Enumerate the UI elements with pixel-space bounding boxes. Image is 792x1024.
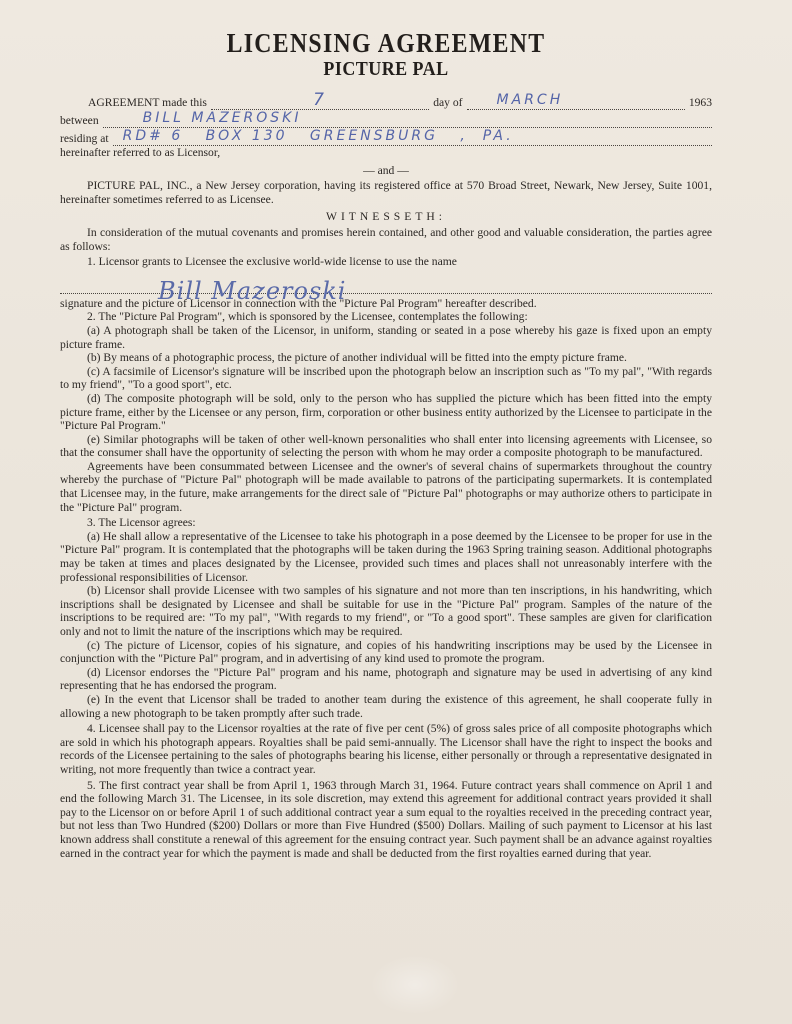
embossed-seal: [370, 955, 460, 1015]
consideration-paragraph: In consideration of the mutual covenants…: [60, 226, 712, 253]
clause-2-intro: 2. The "Picture Pal Program", which is s…: [60, 310, 712, 324]
clause-2-e: (e) Similar photographs will be taken of…: [60, 433, 712, 460]
licensee-paragraph: PICTURE PAL, INC., a New Jersey corporat…: [60, 179, 712, 206]
between-line: between BILL MAZEROSKI: [60, 110, 712, 128]
residing-line: residing at RD# 6 BOX 130 GREENSBURG , P…: [60, 128, 712, 146]
licensor-name-field: BILL MAZEROSKI: [103, 111, 712, 128]
signature-line: Bill Mazeroski: [60, 271, 712, 294]
address-value: RD# 6 BOX 130 GREENSBURG , PA.: [113, 130, 712, 144]
clause-3-d: (d) Licensor endorses the "Picture Pal" …: [60, 666, 712, 693]
agreements-paragraph: Agreements have been consummated between…: [60, 460, 712, 514]
document-page: LICENSING AGREEMENT PICTURE PAL AGREEMEN…: [0, 0, 792, 1024]
day-of-label: day of: [433, 96, 462, 110]
licensor-name-value: BILL MAZEROSKI: [103, 112, 712, 126]
clause-3-e: (e) In the event that Licensor shall be …: [60, 693, 712, 720]
licensor-reference: hereinafter referred to as Licensor,: [60, 146, 712, 160]
agreement-date-line: AGREEMENT made this 7 day of MARCH 1963: [60, 92, 712, 110]
clause-3-intro: 3. The Licensor agrees:: [60, 516, 712, 530]
clause-3-a: (a) He shall allow a representative of t…: [60, 530, 712, 584]
month-value: MARCH: [467, 94, 685, 108]
clause-3-c: (c) The picture of Licensor, copies of h…: [60, 639, 712, 666]
year-label: 1963: [689, 96, 712, 110]
residing-label: residing at: [60, 132, 109, 146]
agreement-body: LICENSING AGREEMENT PICTURE PAL AGREEMEN…: [60, 28, 712, 860]
clause-2-d: (d) The composite photograph will be sol…: [60, 392, 712, 433]
month-field: MARCH: [467, 93, 685, 110]
address-field: RD# 6 BOX 130 GREENSBURG , PA.: [113, 129, 712, 146]
document-subtitle: PICTURE PAL: [93, 58, 680, 80]
clause-5: 5. The first contract year shall be from…: [60, 779, 712, 861]
clause-1-intro: 1. Licensor grants to Licensee the exclu…: [60, 255, 712, 269]
clause-3-b: (b) Licensor shall provide Licensee with…: [60, 584, 712, 638]
day-value: 7: [211, 94, 429, 108]
document-title: LICENSING AGREEMENT: [99, 28, 673, 58]
day-field: 7: [211, 93, 429, 110]
handwritten-signature: Bill Mazeroski: [158, 285, 346, 299]
clause-2-a: (a) A photograph shall be taken of the L…: [60, 324, 712, 351]
clause-2-c: (c) A facsimile of Licensor's signature …: [60, 365, 712, 392]
made-label: AGREEMENT made this: [60, 96, 207, 110]
witnesseth-heading: WITNESSETH:: [60, 210, 712, 224]
clause-4: 4. Licensee shall pay to the Licensor ro…: [60, 722, 712, 776]
and-divider: — and —: [60, 164, 712, 178]
clause-2-b: (b) By means of a photographic process, …: [60, 351, 712, 365]
between-label: between: [60, 114, 99, 128]
